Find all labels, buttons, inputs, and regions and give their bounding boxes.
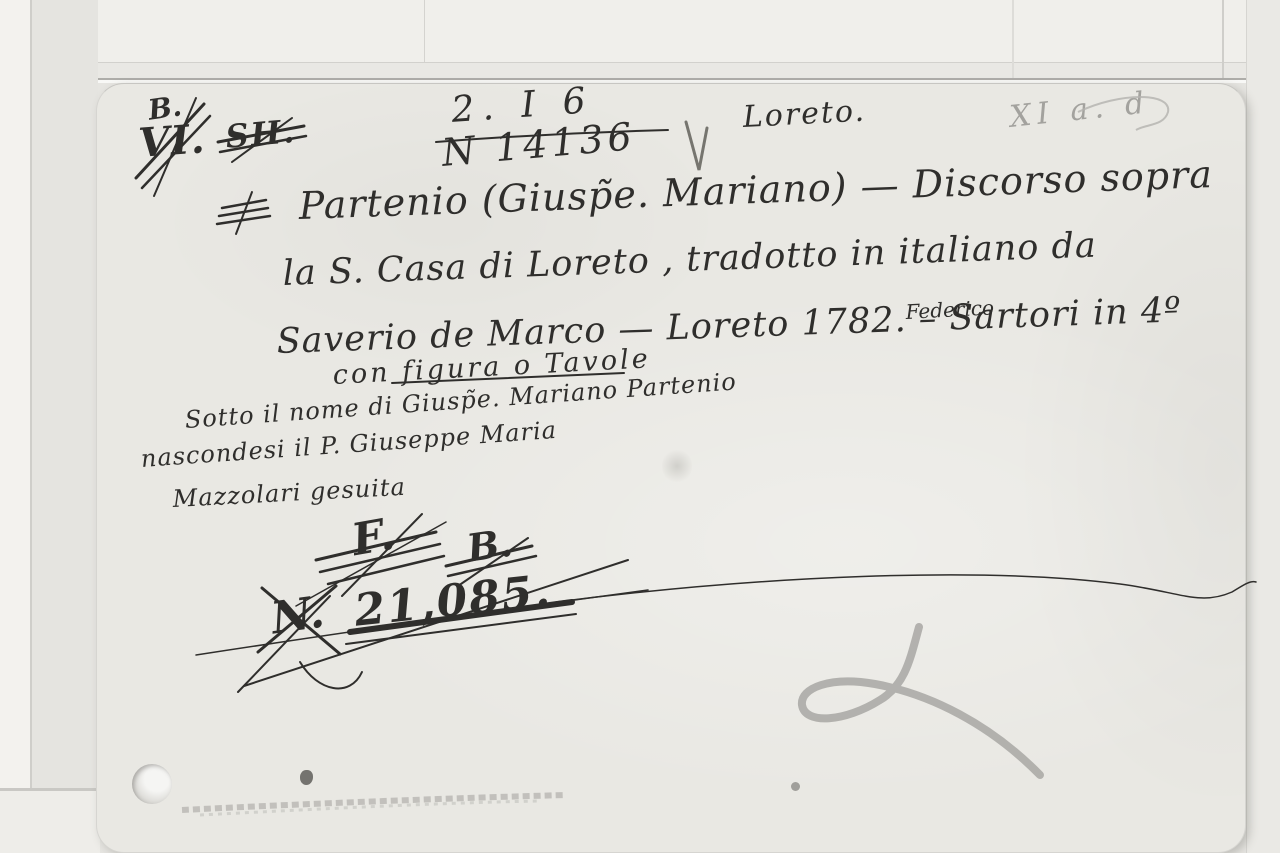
paper-blemish — [662, 448, 692, 484]
scanned-catalog-card-photo: B. VI. SH. 2. I 6 N 14136 Loreto. XI a. … — [0, 0, 1280, 853]
backdrop-left-strip — [0, 0, 32, 853]
cancelled-glyph-2: B. — [464, 520, 515, 571]
cancelled-number-prefix: N. — [268, 587, 327, 645]
crossed-mark-sh: SH. — [224, 112, 298, 156]
backdrop-left-bottom — [0, 791, 100, 853]
backdrop-seam-vertical-1 — [424, 0, 425, 62]
backdrop-seam-vertical-3 — [1222, 0, 1224, 80]
backdrop-top-strip — [0, 0, 1280, 63]
subject-heading: Loreto. — [742, 94, 867, 135]
backdrop-right-strip — [1246, 0, 1280, 853]
backdrop-seam-vertical-2 — [1012, 0, 1014, 78]
punch-hole — [132, 764, 172, 804]
backdrop-top-strip-2 — [0, 63, 1280, 78]
crossed-mark-vi: VI. — [137, 115, 207, 167]
backdrop-left-strip-2 — [32, 0, 98, 853]
cancelled-glyph-1: F. — [348, 509, 398, 567]
small-hole-dot — [791, 782, 800, 791]
